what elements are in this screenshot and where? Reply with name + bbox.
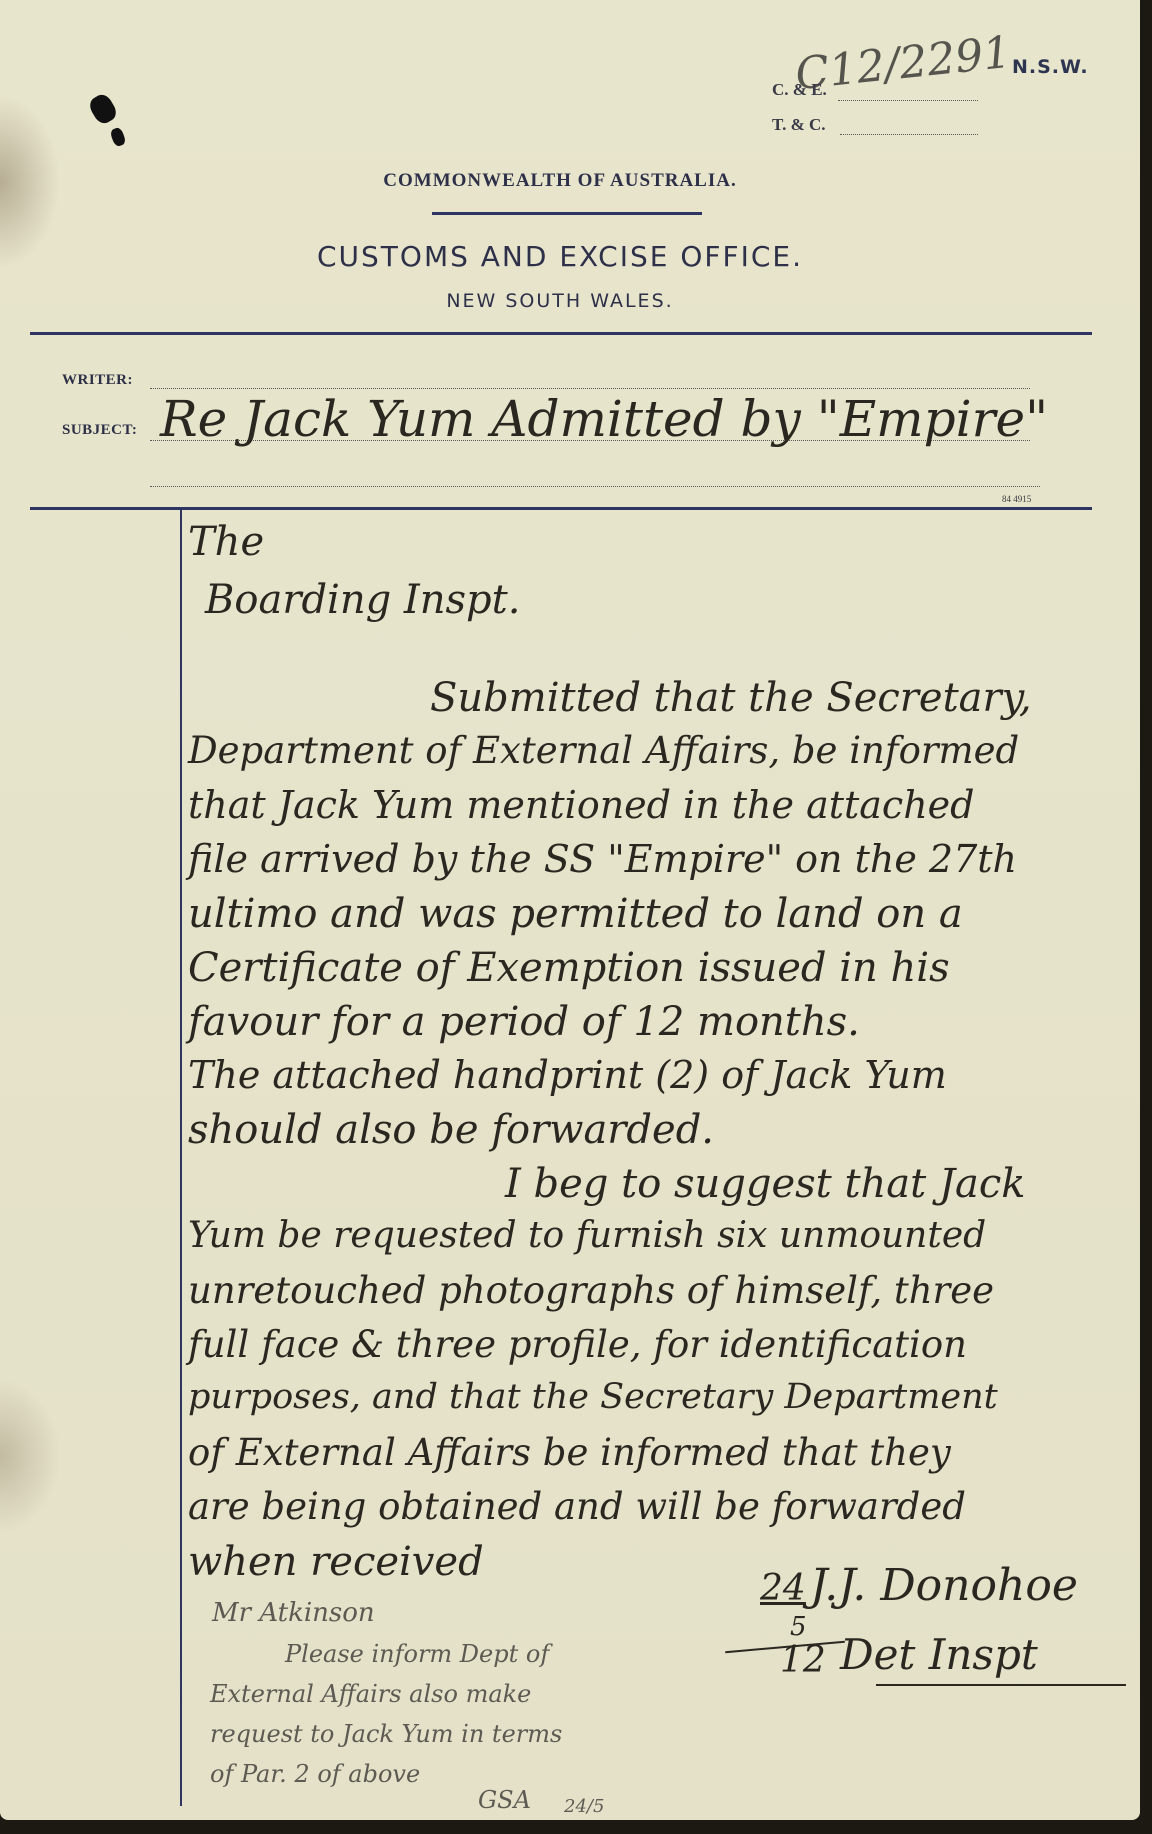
subject-label: SUBJECT: <box>62 422 137 439</box>
heading-state: NEW SOUTH WALES. <box>0 290 1120 312</box>
signature-title: Det Inspt <box>840 1630 1038 1679</box>
letter-line: I beg to suggest that Jack <box>505 1164 1025 1204</box>
annotation-date: 24/5 <box>564 1796 604 1817</box>
letter-line: The attached handprint (2) of Jack Yum <box>188 1056 947 1094</box>
letter-line: that Jack Yum mentioned in the attached <box>188 786 975 824</box>
annotation-initials: GSA <box>478 1786 531 1814</box>
signature-underline <box>876 1684 1126 1686</box>
letter-line: when received <box>188 1542 484 1582</box>
letter-line: file arrived by the SS "Empire" on the 2… <box>188 840 1017 878</box>
addressee-line-1: The <box>188 522 264 562</box>
addressee-line-2: Boarding Inspt. <box>205 580 520 620</box>
letter-line: Certificate of Exemption issued in his <box>188 948 950 988</box>
letter-line: of External Affairs be informed that the… <box>188 1434 951 1471</box>
letter-line: full face & three profile, for identific… <box>188 1326 967 1363</box>
annotation-line: Please inform Dept of <box>285 1640 549 1668</box>
annotation-recipient: Mr Atkinson <box>212 1598 375 1628</box>
document-sheet: C12/2291 C. & E. T. & C. N.S.W. COMMONWE… <box>0 0 1140 1820</box>
annotation-line: External Affairs also make <box>210 1680 531 1708</box>
writer-label: WRITER: <box>62 372 133 389</box>
ink-blot <box>86 91 119 126</box>
ce-dotline <box>838 100 978 101</box>
subject-field-2 <box>150 486 1040 487</box>
signature-date-day: 24 <box>760 1568 806 1609</box>
subject-value: Re Jack Yum Admitted by "Empire" <box>160 390 1048 448</box>
tc-dotline <box>840 134 978 135</box>
header-rule-bottom <box>30 507 1092 510</box>
letter-line: ultimo and was permitted to land on a <box>188 894 963 934</box>
heading-underline <box>432 212 702 215</box>
letter-line: should also be forwarded. <box>188 1110 714 1150</box>
letter-line: Yum be requested to furnish six unmounte… <box>188 1218 986 1254</box>
ce-label: C. & E. <box>772 80 827 100</box>
margin-line <box>180 510 182 1806</box>
print-number: 84 4915 <box>1002 494 1031 504</box>
writer-field <box>150 388 1030 389</box>
annotation-line: request to Jack Yum in terms <box>210 1720 562 1748</box>
letter-line: Department of External Affairs, be infor… <box>188 732 1019 769</box>
header-rule-top <box>30 332 1092 335</box>
signature-name: J.J. Donohoe <box>810 1560 1078 1611</box>
signature-date-month: 5 <box>790 1612 807 1642</box>
heading-customs: CUSTOMS AND EXCISE OFFICE. <box>0 240 1120 273</box>
annotation-line: of Par. 2 of above <box>210 1760 420 1788</box>
letter-line: are being obtained and will be forwarded <box>188 1488 966 1525</box>
tc-label: T. & C. <box>772 115 826 135</box>
heading-commonwealth: COMMONWEALTH OF AUSTRALIA. <box>0 170 1120 192</box>
ink-blot <box>109 126 126 147</box>
letter-line: Submitted that the Secretary, <box>430 678 1032 718</box>
signature-date-year: 12 <box>780 1640 826 1681</box>
letter-line: purposes, and that the Secretary Departm… <box>188 1380 998 1415</box>
letter-line: favour for a period of 12 months. <box>188 1002 860 1042</box>
form-code: N.S.W. <box>1012 56 1089 78</box>
letter-line: unretouched photographs of himself, thre… <box>188 1272 994 1309</box>
